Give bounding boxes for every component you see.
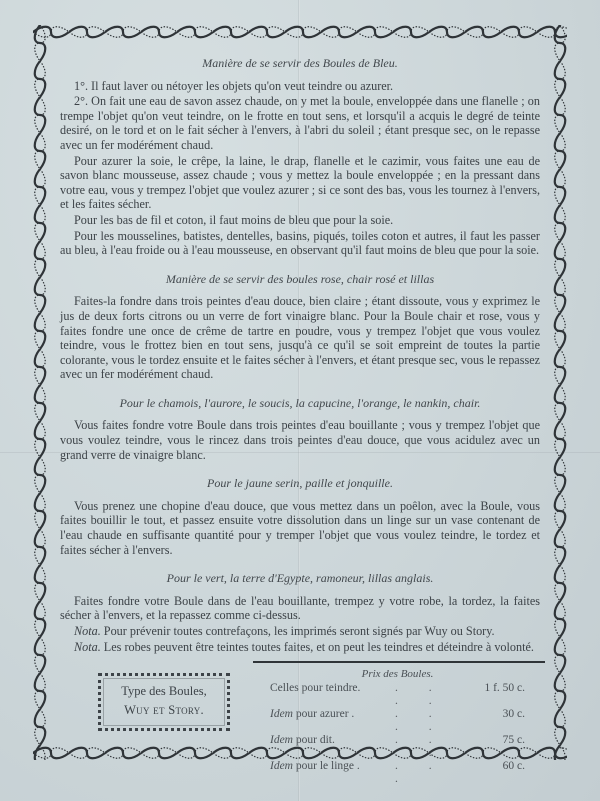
section-heading-vert: Pour le vert, la terre d'Egypte, ramoneu… xyxy=(60,571,540,586)
price-label-prefix: Idem xyxy=(270,708,293,720)
price-label: Celles pour teindre. xyxy=(270,682,360,694)
price-row: Celles pour teindre. . . . . 1 f. 50 c. xyxy=(270,682,525,708)
nota-text: Les robes peuvent être teintes toutes fa… xyxy=(101,640,534,654)
paragraph: Pour les mousselines, batistes, dentelle… xyxy=(60,229,540,258)
nota-label: Nota. xyxy=(74,624,101,638)
paragraph: 1°. Il faut laver ou nétoyer les objets … xyxy=(60,79,540,94)
rope-border-top-icon xyxy=(33,25,567,39)
price-label: pour azurer . xyxy=(293,708,354,720)
separator-rule xyxy=(253,661,545,663)
price-list-title: Prix des Boules. xyxy=(270,668,525,681)
paragraph: Pour azurer la soie, le crêpe, la laine,… xyxy=(60,154,540,212)
price-value: 75 c. xyxy=(465,734,525,747)
document-body: Manière de se servir des Boules de Bleu.… xyxy=(60,56,540,655)
price-dots: . . . . xyxy=(395,734,465,760)
section-heading-rose: Manière de se servir des boules rose, ch… xyxy=(60,272,540,287)
price-row: Idem pour le linge . . . . 60 c. xyxy=(270,760,525,786)
section-heading-jaune: Pour le jaune serin, paille et jonquille… xyxy=(60,476,540,491)
paragraph: Pour les bas de fil et coton, il faut mo… xyxy=(60,213,540,228)
price-row: Idem pour dit. . . . . 75 c. xyxy=(270,734,525,760)
type-box-line2: Wuy et Story. xyxy=(101,701,227,720)
price-label-prefix: Idem xyxy=(270,760,293,772)
price-value: 30 c. xyxy=(465,708,525,721)
paper-sheet: Manière de se servir des Boules de Bleu.… xyxy=(0,0,600,801)
paragraph: Vous prenez une chopine d'eau douce, que… xyxy=(60,499,540,557)
paragraph: 2°. On fait une eau de savon assez chaud… xyxy=(60,94,540,152)
nota-paragraph: Nota. Pour prévenir toutes contrefaçons,… xyxy=(60,624,540,639)
price-label: pour dit. xyxy=(293,734,335,746)
type-box-line1: Type des Boules, xyxy=(101,682,227,701)
paragraph: Vous faites fondre votre Boule dans troi… xyxy=(60,418,540,462)
price-dots: . . . . xyxy=(395,708,465,734)
price-dots: . . . xyxy=(395,760,465,786)
price-value: 60 c. xyxy=(465,760,525,773)
section-heading-chamois: Pour le chamois, l'aurore, le soucis, la… xyxy=(60,396,540,411)
price-row: Idem pour azurer . . . . . 30 c. xyxy=(270,708,525,734)
section-heading-bleu: Manière de se servir des Boules de Bleu. xyxy=(60,56,540,71)
price-label: pour le linge . xyxy=(293,760,360,772)
price-label-prefix: Idem xyxy=(270,734,293,746)
nota-text: Pour prévenir toutes contrefaçons, les i… xyxy=(101,624,495,638)
paragraph: Faites fondre votre Boule dans de l'eau … xyxy=(60,594,540,623)
price-list: Prix des Boules. Celles pour teindre. . … xyxy=(270,668,525,786)
paragraph: Faites-la fondre dans trois peintes d'ea… xyxy=(60,294,540,382)
nota-paragraph: Nota. Les robes peuvent être teintes tou… xyxy=(60,640,540,655)
price-value: 1 f. 50 c. xyxy=(465,682,525,695)
type-des-boules-stamp-box: Type des Boules, Wuy et Story. xyxy=(98,673,230,731)
rope-border-right-icon xyxy=(553,25,567,760)
rope-border-left-icon xyxy=(33,25,47,760)
price-dots: . . . . xyxy=(395,682,465,708)
nota-label: Nota. xyxy=(74,640,101,654)
